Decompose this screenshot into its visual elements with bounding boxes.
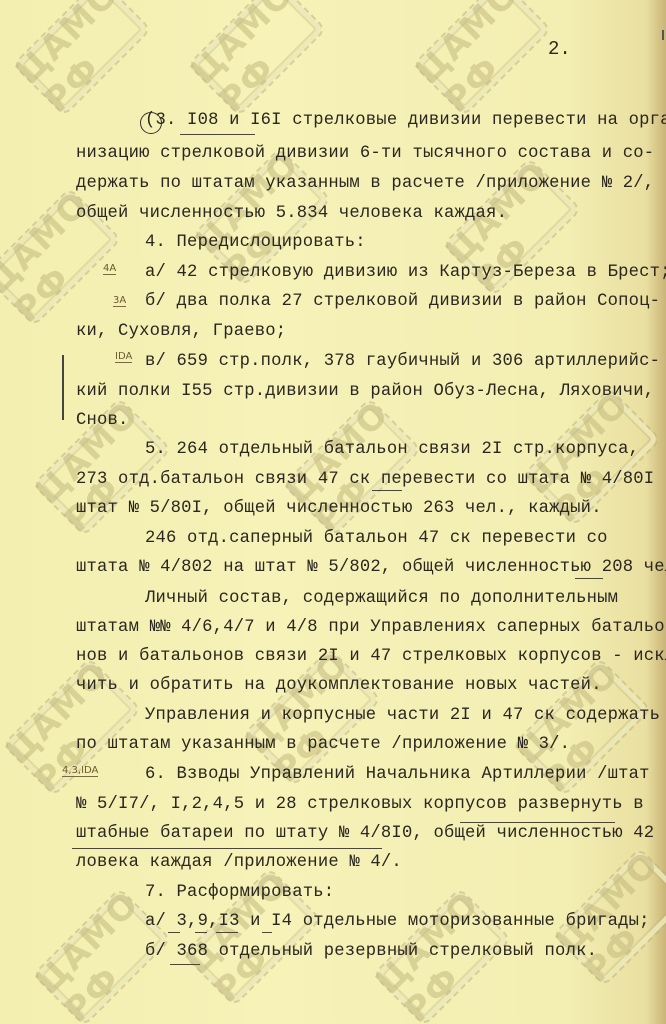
text-line: 5. 264 отдельный батальон связи 2I стр.к… (145, 440, 639, 459)
underline (372, 490, 402, 491)
text-line: нов и батальонов связи 2I и 47 стрелковы… (76, 647, 666, 666)
text-line: Личный состав, содержащийся по дополните… (145, 589, 618, 608)
margin-note: 3А (113, 295, 126, 307)
text-line: б/ 368 отдельный резервный стрелковый по… (145, 942, 597, 961)
text-line: 7. Расформировать: (145, 883, 334, 902)
underline (168, 932, 180, 933)
margin-note: 4,3,IDA (62, 765, 98, 777)
text-line: кий полки I55 стр.дивизии в район Обуз-Л… (76, 382, 654, 401)
page-number: 2. (548, 38, 571, 60)
text-line: штат № 5/80I, общей численностью 263 чел… (76, 499, 602, 518)
underline (72, 848, 382, 849)
text-line: 6. Взводы Управлений Начальника Артиллер… (145, 765, 650, 784)
text-line: № 5/I7/, I,2,4,5 и 28 стрелковых корпусо… (76, 795, 644, 814)
underline (262, 932, 272, 933)
text-line: ки, Суховля, Граево; (76, 322, 286, 341)
text-line: ловека каждая /приложение № 4/. (76, 853, 402, 872)
underline (216, 932, 238, 933)
text-line: 246 отд.саперный батальон 47 ск перевест… (145, 529, 608, 548)
text-line: чить и обратить на доукомплектование нов… (76, 676, 602, 695)
text-line: Управления и корпусные части 2I и 47 ск … (145, 706, 660, 725)
text-line: по штатам указанным в расчете /приложени… (76, 735, 570, 754)
margin-note: IDA (115, 351, 132, 363)
text-line: 4. Передислоцировать: (145, 233, 366, 252)
underline (180, 134, 255, 135)
text-line: Снов. (76, 411, 129, 430)
text-line: б/ два полка 27 стрелковой дивизии в рай… (145, 292, 660, 311)
text-line: (3. I08 и I6I стрелковые дивизии перевес… (145, 111, 666, 130)
text-line: держать по штатам указанным в расчете /п… (76, 174, 654, 193)
watermark: ЦАМО РФ (187, 0, 327, 117)
margin-note: 4А (103, 263, 116, 275)
text-line: штата № 4/802 на штат № 5/802, общей чис… (76, 558, 666, 577)
text-line: в/ 659 стр.полк, 378 гаубичный и 306 арт… (145, 352, 660, 371)
text-line: низацию стрелковой дивизии 6-ти тысячног… (76, 144, 654, 163)
text-line: общей численностью 5.834 человека каждая… (76, 204, 507, 223)
text-line: штабные батареи по штату № 4/8I0, общей … (76, 824, 666, 843)
underline (575, 578, 603, 579)
watermark: ЦАМО РФ (12, 0, 152, 117)
edge-mark (662, 30, 664, 40)
text-line: а/ 3,9,I3 и I4 отдельные моторизованные … (145, 912, 650, 931)
underline (170, 964, 200, 965)
underline (195, 932, 207, 933)
margin-bar (62, 355, 64, 420)
text-line: а/ 42 стрелковую дивизию из Картуз-Берез… (145, 263, 666, 282)
text-line: штатам №№ 4/6,4/7 и 4/8 при Управлениях … (76, 618, 666, 637)
text-line: 273 отд.батальон связи 47 ск перевести с… (76, 470, 666, 489)
watermark: ЦАМО РФ (412, 0, 552, 117)
